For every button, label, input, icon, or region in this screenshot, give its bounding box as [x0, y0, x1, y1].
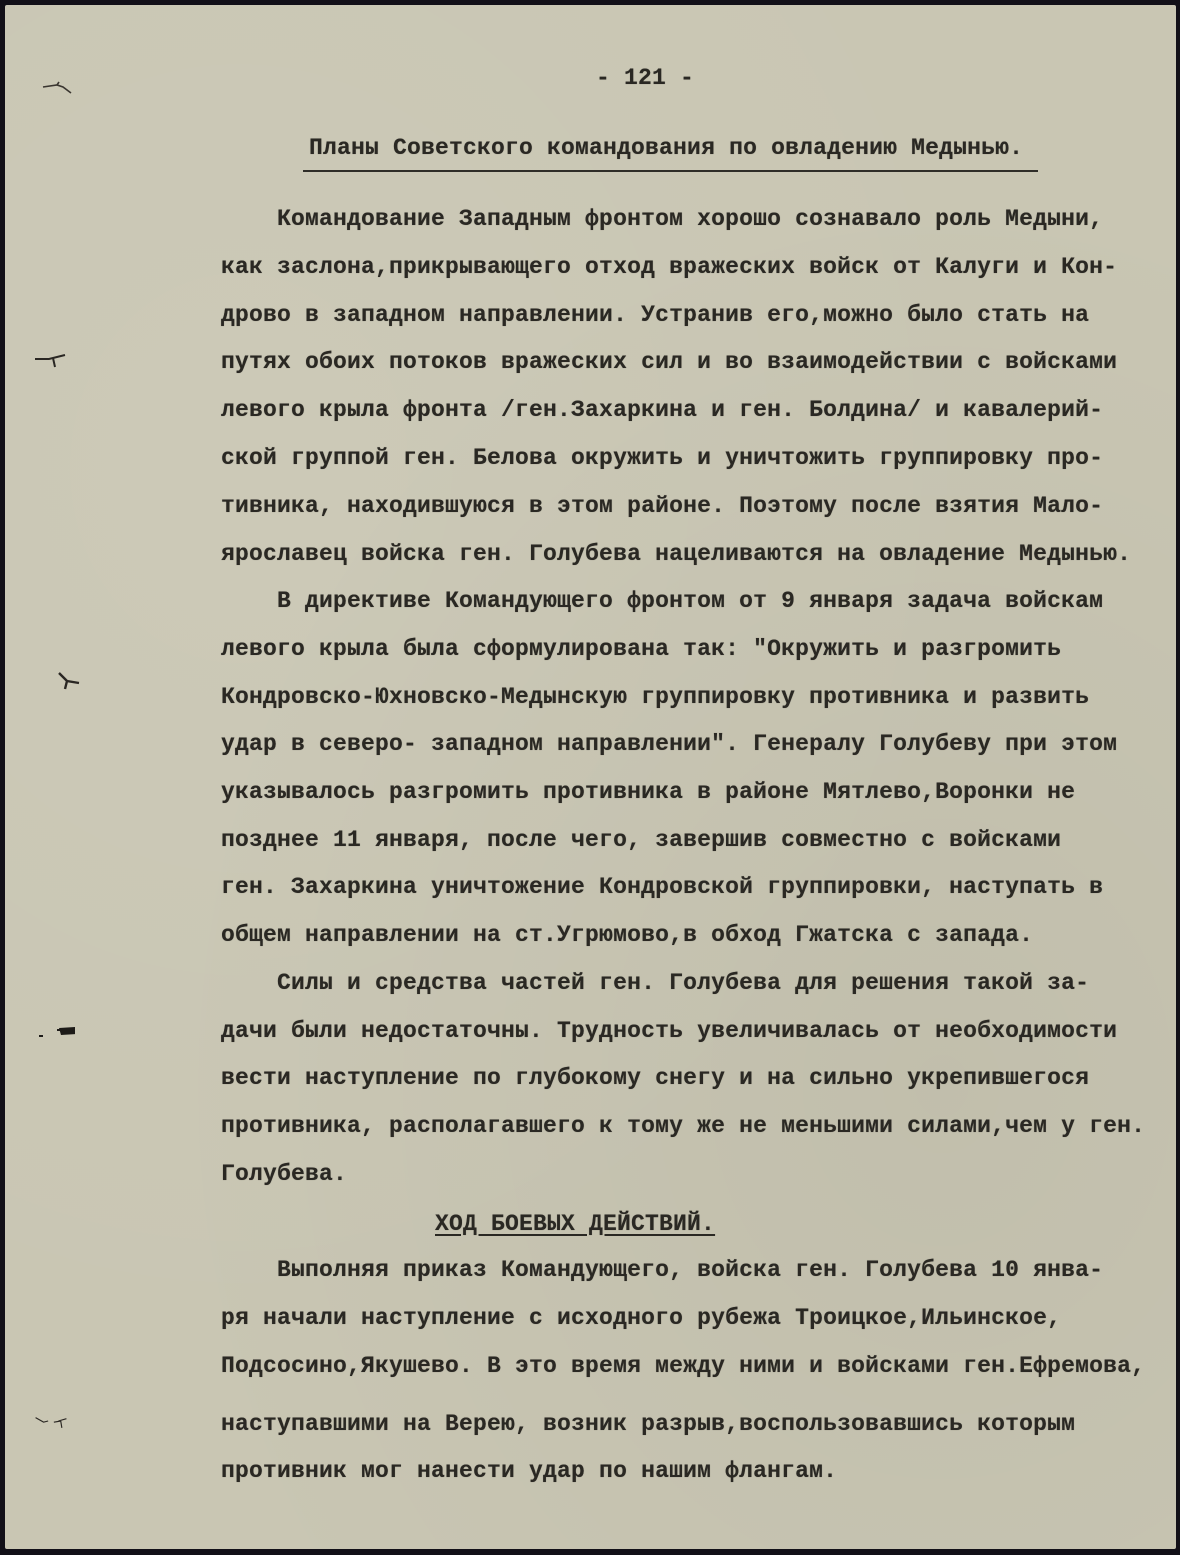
text-line: дачи были недостаточны. Трудность увелич… — [221, 1020, 1117, 1043]
text-line: В директиве Командующего фронтом от 9 ян… — [221, 590, 1103, 613]
text-line: наступавшими на Верею, возник разрыв,вос… — [221, 1413, 1075, 1436]
text-line: общем направлении на ст.Угрюмово,в обход… — [221, 924, 1033, 947]
text-line: удар в северо- западном направлении". Ге… — [221, 733, 1117, 756]
text-line: ген. Захаркина уничтожение Кондровской г… — [221, 876, 1103, 899]
page-number: - 121 - — [5, 67, 1180, 90]
section-heading: ХОД БОЕВЫХ ДЕЙСТВИЙ. — [435, 1213, 715, 1236]
text-line: дрово в западном направлении. Устранив е… — [221, 304, 1089, 327]
text-line: левого крыла была сформулирована так: "О… — [221, 638, 1061, 661]
text-line: путях обоих потоков вражеских сил и во в… — [221, 351, 1117, 374]
binding-hole-mark-icon — [31, 1411, 71, 1431]
binding-hole-mark-icon — [35, 1020, 75, 1040]
binding-hole-mark-icon — [53, 671, 93, 691]
text-line: как заслона,прикрывающего отход вражески… — [221, 256, 1117, 279]
text-line: Выполняя приказ Командующего, войска ген… — [221, 1259, 1103, 1282]
document-page: - 121 - Планы Советского командования по… — [5, 5, 1176, 1549]
text-line: Командование Западным фронтом хорошо соз… — [221, 208, 1103, 231]
text-line: ярославец войска ген. Голубева нацеливаю… — [221, 543, 1131, 566]
binding-hole-mark-icon — [37, 77, 77, 97]
document-title: Планы Советского командования по овладен… — [309, 137, 1023, 160]
title-underline — [303, 170, 1038, 172]
text-line: Голубева. — [221, 1163, 347, 1186]
text-line: Силы и средства частей ген. Голубева для… — [221, 972, 1089, 995]
text-line: указывалось разгромить противника в райо… — [221, 781, 1075, 804]
text-line: ской группой ген. Белова окружить и унич… — [221, 447, 1103, 470]
text-line: ря начали наступление с исходного рубежа… — [221, 1307, 1061, 1330]
text-line: тивника, находившуюся в этом районе. Поэ… — [221, 495, 1103, 518]
text-line: позднее 11 января, после чего, завершив … — [221, 829, 1061, 852]
text-line: левого крыла фронта /ген.Захаркина и ген… — [221, 399, 1103, 422]
text-line: Подсосино,Якушево. В это время между ним… — [221, 1355, 1145, 1378]
text-line: вести наступление по глубокому снегу и н… — [221, 1067, 1089, 1090]
text-line: Кондровско-Юхновско-Медынскую группировк… — [221, 686, 1089, 709]
binding-hole-mark-icon — [31, 349, 71, 369]
text-line: противника, располагавшего к тому же не … — [221, 1115, 1145, 1138]
text-line: противник мог нанести удар по нашим флан… — [221, 1460, 837, 1483]
